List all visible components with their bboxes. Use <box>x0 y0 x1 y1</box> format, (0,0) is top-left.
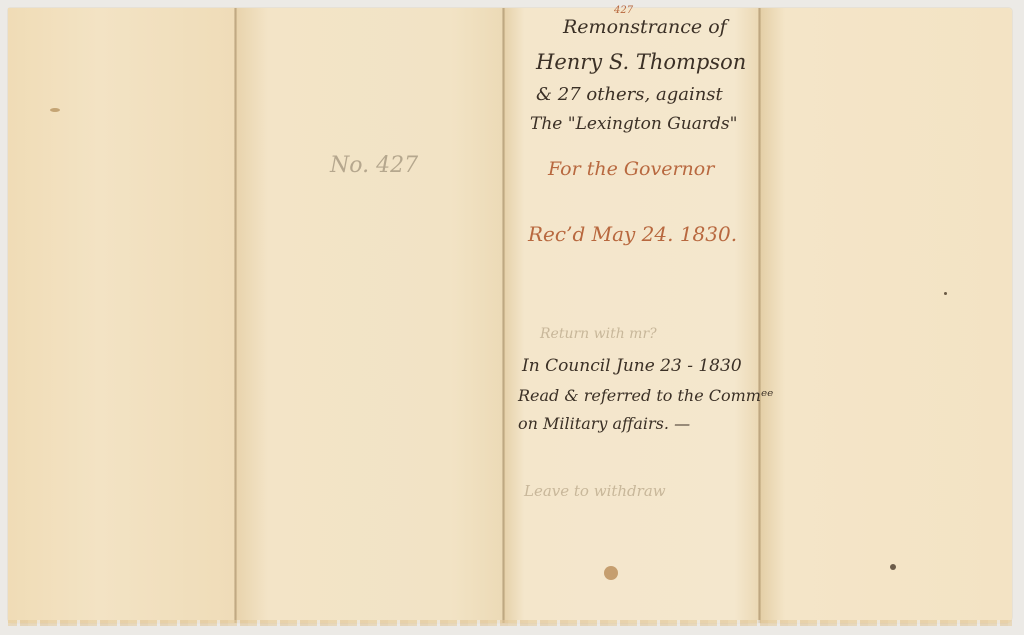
fold-line <box>502 8 505 623</box>
docket-title-line-1: Remonstrance of <box>563 16 727 38</box>
action-line-1: In Council June 23 - 1830 <box>522 356 742 376</box>
document-sheet: No. 427 427 Remonstrance of Henry S. Tho… <box>8 8 1012 623</box>
docket-number-note: No. 427 <box>330 153 418 178</box>
torn-edge <box>8 620 1012 626</box>
docket-number: 427 <box>614 5 633 16</box>
docket-title-line-3: & 27 others, against <box>536 84 723 105</box>
panel-1 <box>8 8 236 623</box>
docket-title-line-4: The "Lexington Guards" <box>530 114 737 134</box>
pencil-note: Leave to withdraw <box>524 482 666 500</box>
action-line-2: Read & referred to the Commᵉᵉ <box>518 386 773 405</box>
panel-2 <box>236 8 504 623</box>
received-date: Rec’d May 24. 1830. <box>528 222 737 246</box>
ink-stain <box>890 564 896 570</box>
ink-stain <box>50 108 60 112</box>
action-line-3: on Military affairs. — <box>518 414 690 433</box>
ink-stain <box>604 566 618 580</box>
faint-note: Return with mr? <box>540 326 657 342</box>
fold-line <box>758 8 761 623</box>
panel-4 <box>760 8 1012 623</box>
fold-line <box>234 8 237 623</box>
addressed-to: For the Governor <box>548 158 714 180</box>
docket-title-line-2: Henry S. Thompson <box>536 50 746 74</box>
ink-stain <box>944 292 947 295</box>
